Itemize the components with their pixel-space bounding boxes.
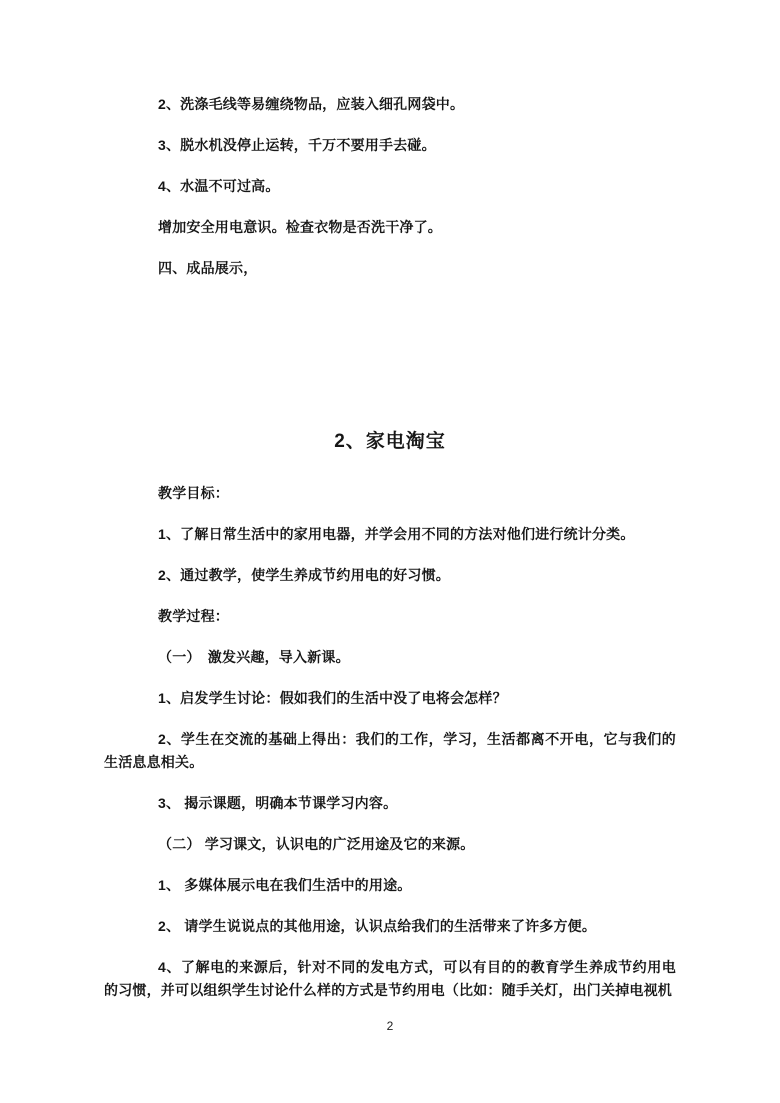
paragraph: 4、了解电的来源后，针对不同的发电方式，可以有目的的教育学生养成节约用电的习惯，…: [104, 956, 676, 1002]
paragraph: 2、通过教学，使学生养成节约用电的好习惯。: [104, 564, 676, 587]
paragraph: 教学过程：: [104, 605, 676, 628]
paragraph: （二） 学习课文，认识电的广泛用途及它的来源。: [104, 833, 676, 856]
paragraph: 2、 请学生说说点的其他用途，认识点给我们的生活带来了许多方便。: [104, 915, 676, 938]
paragraph: 1、 多媒体展示电在我们生活中的用途。: [104, 874, 676, 897]
paragraph: 增加安全用电意识。检查衣物是否洗干净了。: [104, 216, 676, 239]
paragraph: 4、水温不可过高。: [104, 175, 676, 198]
paragraph: 1、了解日常生活中的家用电器，并学会用不同的方法对他们进行统计分类。: [104, 523, 676, 546]
document-page: 2、洗涤毛线等易缠绕物品，应装入细孔网袋中。 3、脱水机没停止运转，千万不要用手…: [0, 0, 780, 1103]
paragraph: 3、脱水机没停止运转，千万不要用手去碰。: [104, 134, 676, 157]
paragraph: 四、成品展示，: [104, 257, 676, 280]
lesson-title: 2、家电淘宝: [104, 429, 676, 455]
page-number: 2: [0, 1018, 780, 1034]
paragraph: 2、学生在交流的基础上得出：我们的工作，学习，生活都离不开电，它与我们的生活息息…: [104, 728, 676, 774]
paragraph: 2、洗涤毛线等易缠绕物品，应装入细孔网袋中。: [104, 93, 676, 116]
paragraph: 1、启发学生讨论：假如我们的生活中没了电将会怎样？: [104, 687, 676, 710]
paragraph: 3、 揭示课题，明确本节课学习内容。: [104, 792, 676, 815]
paragraph: 教学目标：: [104, 482, 676, 505]
paragraph: （一） 激发兴趣，导入新课。: [104, 646, 676, 669]
